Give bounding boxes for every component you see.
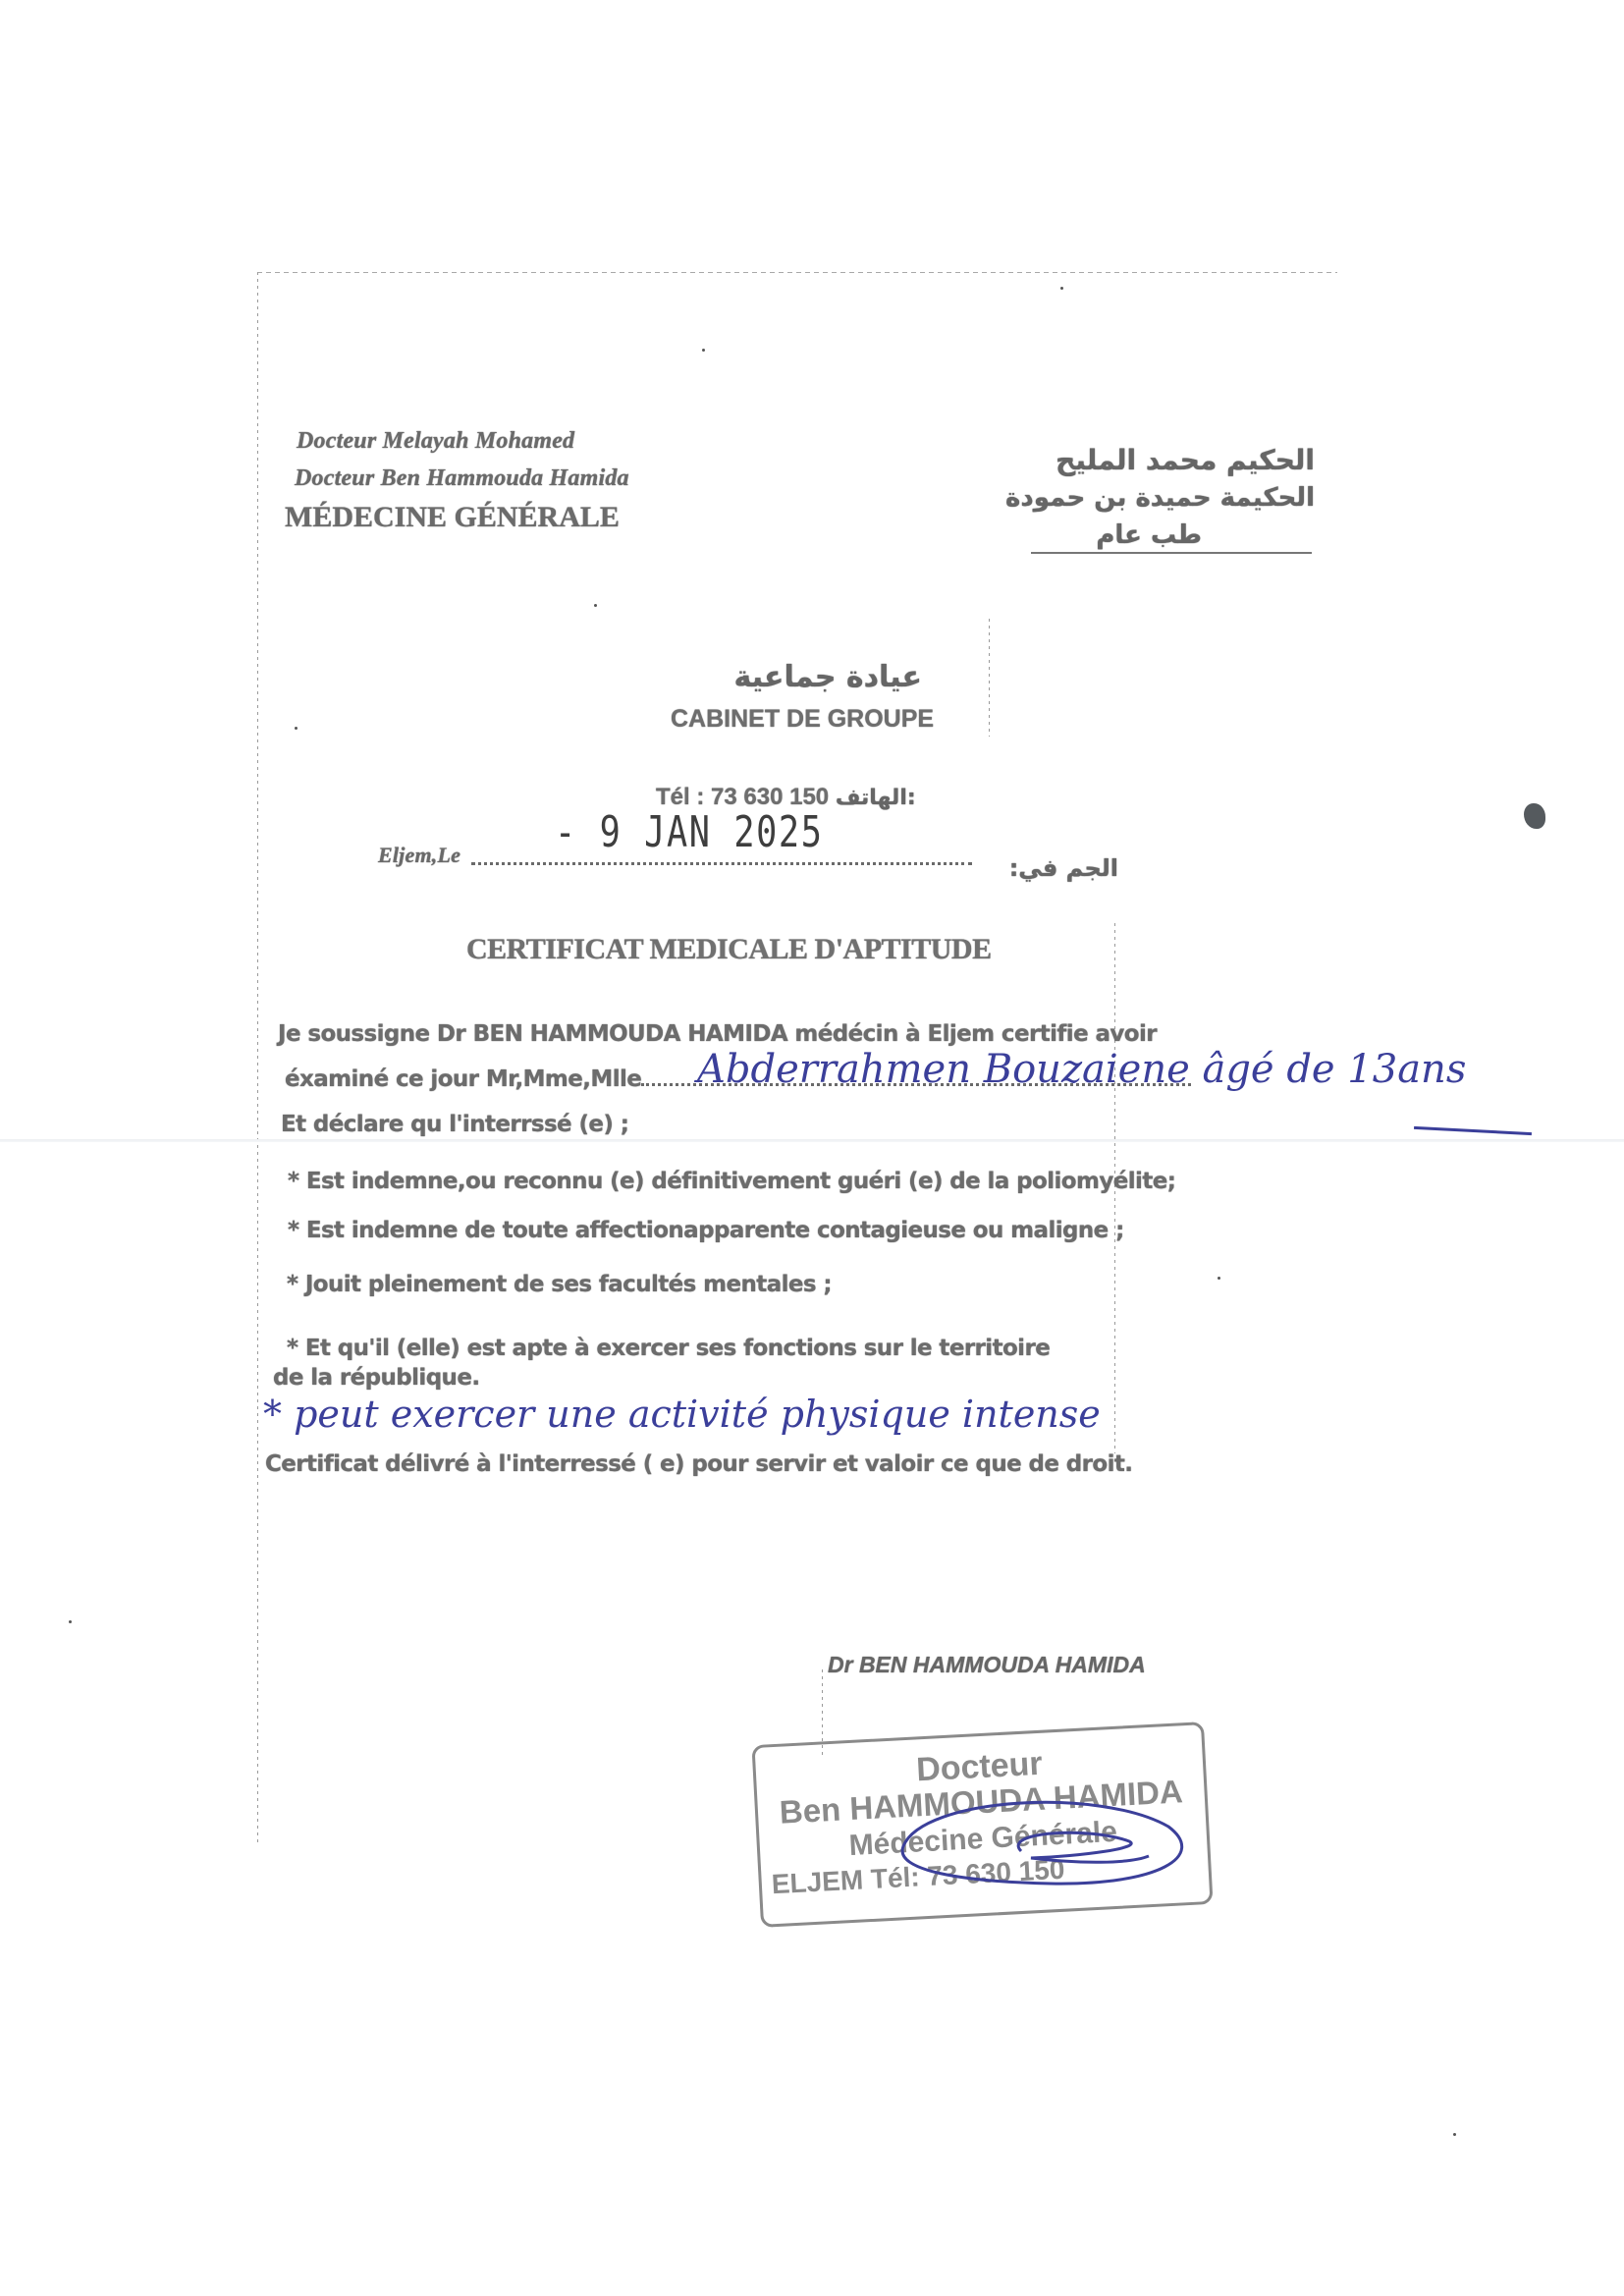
condition-item-4: * Et qu'il (elle) est apte à exercer ses… <box>287 1336 1050 1361</box>
letterhead-underline <box>1031 552 1312 554</box>
body-line-1: Je soussigne Dr BEN HAMMOUDA HAMIDA médé… <box>278 1021 1157 1047</box>
patient-name-handwritten: Abderrahmen Bouzaiene âgé de 13ans <box>697 1047 1466 1092</box>
letterhead-doctor-2: Docteur Ben Hammouda Hamida <box>295 465 629 492</box>
letterhead-specialty: MÉDECINE GÉNÉRALE <box>285 501 620 534</box>
condition-item-3: * Jouit pleinement de ses facultés menta… <box>287 1272 832 1297</box>
handwritten-underline <box>1414 1126 1532 1135</box>
speck <box>69 1620 72 1623</box>
handwritten-signature <box>884 1777 1208 1905</box>
condition-item-1: * Est indemne,ou reconnu (e) définitivem… <box>288 1169 1175 1194</box>
examined-label: éxaminé ce jour Mr,Mme,Mlle <box>285 1066 641 1092</box>
speck <box>1218 1277 1220 1280</box>
speck <box>594 604 597 607</box>
letterhead-doctor-1: Docteur Melayah Mohamed <box>297 428 574 455</box>
phone-label: Tél : <box>656 784 704 810</box>
phone-number: 73 630 150 <box>711 784 829 810</box>
letterhead-arabic-specialty: طب عام <box>1096 520 1202 550</box>
speck <box>1060 287 1063 290</box>
letterhead-arabic-doctor-2: الحكيمة حميدة بن حمودة <box>1005 483 1315 513</box>
certificate-title: CERTIFICAT MEDICALE D'APTITUDE <box>466 933 992 966</box>
phone-arabic-label: الهاتف: <box>836 786 916 810</box>
ink-blot <box>1524 803 1545 829</box>
handwritten-addition: * peut exercer une activité physique int… <box>263 1393 1101 1436</box>
signature-name: Dr BEN HAMMOUDA HAMIDA <box>828 1652 1146 1678</box>
condition-item-2: * Est indemne de toute affectionapparent… <box>288 1218 1124 1243</box>
closing-statement: Certificat délivré à l'interressé ( e) p… <box>265 1451 1132 1477</box>
date-arabic-place: الجم في: <box>1009 854 1118 882</box>
cabinet-label: CABINET DE GROUPE <box>671 705 934 734</box>
cabinet-arabic-label: عيادة جماعية <box>734 660 922 694</box>
scan-left-edge <box>257 272 258 1843</box>
speck <box>295 727 298 730</box>
date-stamp: - 9 JAN 2025 <box>555 807 824 857</box>
condition-item-4-cont: de la république. <box>273 1365 479 1391</box>
paper-fold <box>0 1139 1624 1142</box>
speck <box>1453 2133 1456 2136</box>
speck <box>702 349 705 352</box>
body-line-3: Et déclare qu l'interrssé (e) ; <box>281 1112 628 1137</box>
letterhead-arabic-doctor-1: الحكيم محمد المليح <box>1056 444 1315 476</box>
date-place-label: Eljem,Le <box>378 843 460 868</box>
scan-top-edge <box>257 272 1337 273</box>
fold-line-vertical <box>989 619 990 737</box>
date-dotted-line <box>471 862 972 865</box>
